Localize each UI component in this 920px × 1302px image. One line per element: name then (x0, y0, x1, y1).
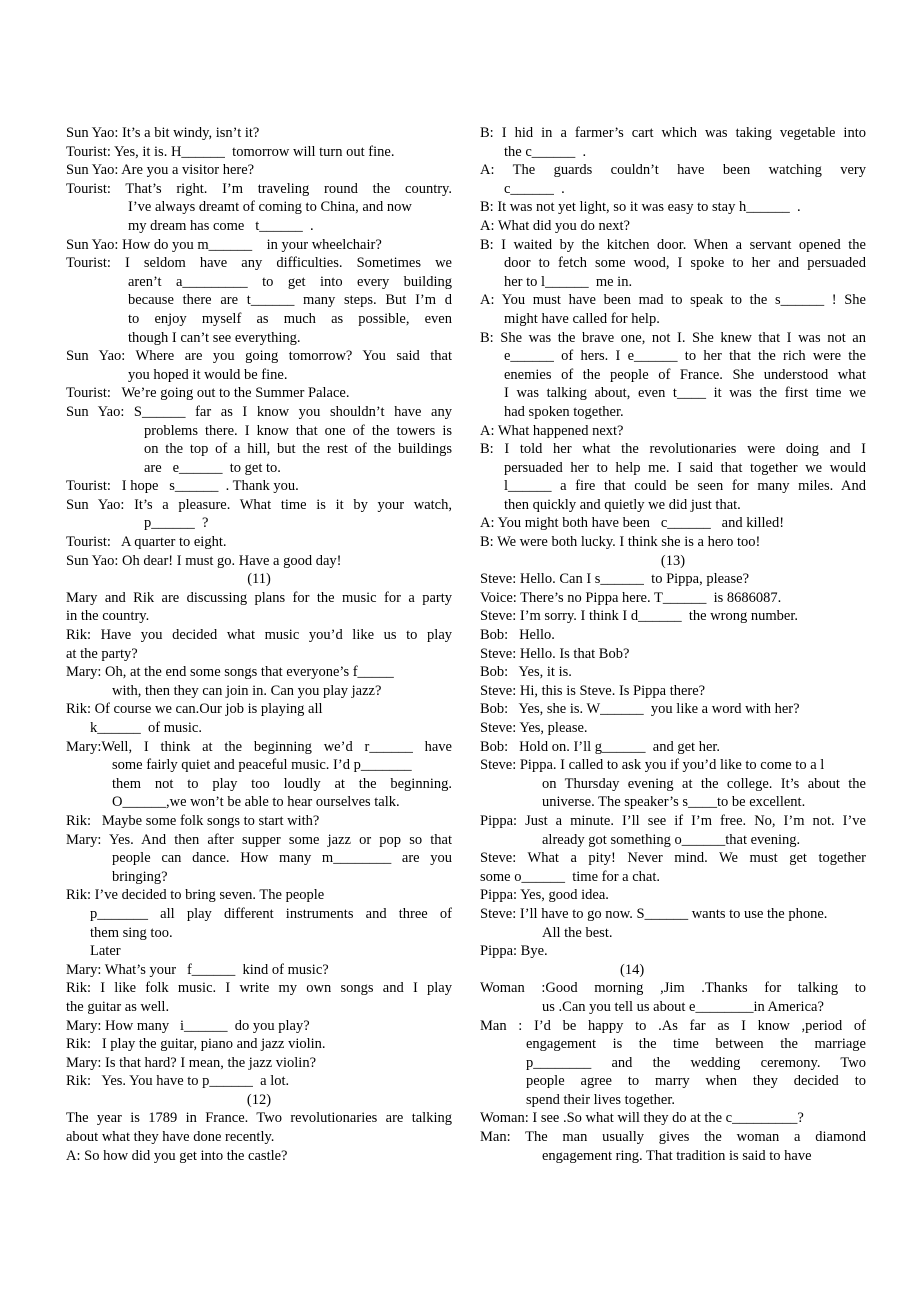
dialogue-line: Rik: I like folk music. I write my own s… (66, 979, 452, 998)
dialogue-line: Rik: Yes. You have to p______ a lot. (66, 1072, 452, 1091)
dialogue-line: A: What did you do next? (480, 217, 866, 236)
dialogue-line: A: So how did you get into the castle? (66, 1147, 452, 1166)
dialogue-line: O______,we won’t be able to hear ourselv… (66, 793, 452, 812)
dialogue-line: Woman: I see .So what will they do at th… (480, 1109, 866, 1128)
right-column: B: I hid in a farmer’s cart which was ta… (480, 124, 866, 1165)
dialogue-line: Sun Yao: Oh dear! I must go. Have a good… (66, 552, 452, 571)
dialogue-line: some o______ time for a chat. (480, 868, 866, 887)
dialogue-line: Steve: Hi, this is Steve. Is Pippa there… (480, 682, 866, 701)
dialogue-line: Sun Yao: Where are you going tomorrow? Y… (66, 347, 452, 366)
dialogue-line: the guitar as well. (66, 998, 452, 1017)
dialogue-line: All the best. (480, 924, 866, 943)
dialogue-line: Later (66, 942, 452, 961)
dialogue-line: my dream has come t______ . (66, 217, 452, 236)
dialogue-line: Man : I’d be happy to .As far as I know … (480, 1017, 866, 1036)
left-column: Sun Yao: It’s a bit windy, isn’t it?Tour… (66, 124, 452, 1165)
dialogue-line: A: The guards couldn’t have been watchin… (480, 161, 866, 180)
dialogue-line: Mary: What’s your f______ kind of music? (66, 961, 452, 980)
dialogue-line: Tourist: I seldom have any difficulties.… (66, 254, 452, 273)
dialogue-line: engagement is the time between the marri… (480, 1035, 866, 1054)
dialogue-line: Mary:Well, I think at the beginning we’d… (66, 738, 452, 757)
dialogue-line: Sun Yao: S______ far as I know you shoul… (66, 403, 452, 422)
dialogue-line: universe. The speaker’s s____to be excel… (480, 793, 866, 812)
dialogue-line: Rik: I play the guitar, piano and jazz v… (66, 1035, 452, 1054)
dialogue-line: Mary: Oh, at the end some songs that eve… (66, 663, 452, 682)
dialogue-line: Rik: Have you decided what music you’d l… (66, 626, 452, 645)
dialogue-line: B: I told her what the revolutionaries w… (480, 440, 866, 459)
dialogue-line: spend their lives together. (480, 1091, 866, 1110)
dialogue-line: Steve: Yes, please. (480, 719, 866, 738)
dialogue-line: I was talking about, even t____ it was t… (480, 384, 866, 403)
dialogue-line: aren’t a_________ to get into every buil… (66, 273, 452, 292)
dialogue-line: the c______ . (480, 143, 866, 162)
dialogue-line: because there are t______ many steps. Bu… (66, 291, 452, 310)
dialogue-line: then quickly and quietly we did just tha… (480, 496, 866, 515)
dialogue-line: them not to play too loudly at the begin… (66, 775, 452, 794)
dialogue-line: Tourist: I hope s______ . Thank you. (66, 477, 452, 496)
dialogue-line: Voice: There’s no Pippa here. T______ is… (480, 589, 866, 608)
dialogue-line: us .Can you tell us about e________in Am… (480, 998, 866, 1017)
dialogue-line: might have called for help. (480, 310, 866, 329)
dialogue-line: on the top of a hill, but the rest of th… (66, 440, 452, 459)
dialogue-line: Rik: I’ve decided to bring seven. The pe… (66, 886, 452, 905)
dialogue-line: Steve: What a pity! Never mind. We must … (480, 849, 866, 868)
dialogue-line: are e______ to get to. (66, 459, 452, 478)
dialogue-line: at the party? (66, 645, 452, 664)
dialogue-line: problems there. I know that one of the t… (66, 422, 452, 441)
dialogue-line: persuaded her to help me. I said that to… (480, 459, 866, 478)
dialogue-line: Mary: Is that hard? I mean, the jazz vio… (66, 1054, 452, 1073)
dialogue-line: already got something o______that evenin… (480, 831, 866, 850)
dialogue-line: Bob: Yes, she is. W______ you like a wor… (480, 700, 866, 719)
dialogue-line: Steve: I’ll have to go now. S______ want… (480, 905, 866, 924)
dialogue-line: The year is 1789 in France. Two revoluti… (66, 1109, 452, 1128)
dialogue-line: on Thursday evening at the college. It’s… (480, 775, 866, 794)
dialogue-line: A: You might both have been c______ and … (480, 514, 866, 533)
dialogue-line: Pippa: Just a minute. I’ll see if I’m fr… (480, 812, 866, 831)
dialogue-line: some fairly quiet and peaceful music. I’… (66, 756, 452, 775)
dialogue-line: Mary: How many i______ do you play? (66, 1017, 452, 1036)
dialogue-line: B: We were both lucky. I think she is a … (480, 533, 866, 552)
dialogue-line: p________ and the wedding ceremony. Two (480, 1054, 866, 1073)
dialogue-line: (14) (480, 961, 866, 980)
dialogue-line: B: I hid in a farmer’s cart which was ta… (480, 124, 866, 143)
dialogue-line: k______ of music. (66, 719, 452, 738)
dialogue-line: Rik: Maybe some folk songs to start with… (66, 812, 452, 831)
dialogue-line: p______ ? (66, 514, 452, 533)
dialogue-line: c______ . (480, 180, 866, 199)
dialogue-line: p_______ all play different instruments … (66, 905, 452, 924)
dialogue-line: B: I waited by the kitchen door. When a … (480, 236, 866, 255)
dialogue-line: A: You must have been mad to speak to th… (480, 291, 866, 310)
dialogue-line: Woman :Good morning ,Jim .Thanks for tal… (480, 979, 866, 998)
dialogue-line: Mary: Yes. And then after supper some ja… (66, 831, 452, 850)
dialogue-line: A: What happened next? (480, 422, 866, 441)
dialogue-line: engagement ring. That tradition is said … (480, 1147, 866, 1166)
dialogue-line: e______ of hers. I e______ to her that t… (480, 347, 866, 366)
dialogue-line: Man: The man usually gives the woman a d… (480, 1128, 866, 1147)
dialogue-line: had spoken together. (480, 403, 866, 422)
dialogue-line: Sun Yao: It’s a bit windy, isn’t it? (66, 124, 452, 143)
section-number: (12) (66, 1091, 452, 1110)
dialogue-line: Tourist: Yes, it is. H______ tomorrow wi… (66, 143, 452, 162)
dialogue-line: Steve: Hello. Can I s______ to Pippa, pl… (480, 570, 866, 589)
dialogue-line: bringing? (66, 868, 452, 887)
dialogue-line: Tourist: That’s right. I’m traveling rou… (66, 180, 452, 199)
worksheet-page: Sun Yao: It’s a bit windy, isn’t it?Tour… (0, 0, 920, 1302)
dialogue-line: Bob: Hello. (480, 626, 866, 645)
dialogue-line: you hoped it would be fine. (66, 366, 452, 385)
dialogue-line: enemies of the people of France. She und… (480, 366, 866, 385)
dialogue-line: about what they have done recently. (66, 1128, 452, 1147)
dialogue-line: people agree to marry when they decided … (480, 1072, 866, 1091)
dialogue-line: Sun Yao: It’s a pleasure. What time is i… (66, 496, 452, 515)
dialogue-line: her to l______ me in. (480, 273, 866, 292)
dialogue-line: Pippa: Yes, good idea. (480, 886, 866, 905)
dialogue-line: I’ve always dreamt of coming to China, a… (66, 198, 452, 217)
dialogue-line: with, then they can join in. Can you pla… (66, 682, 452, 701)
dialogue-line: Steve: I’m sorry. I think I d______ the … (480, 607, 866, 626)
dialogue-line: Sun Yao: How do you m______ in your whee… (66, 236, 452, 255)
dialogue-line: Sun Yao: Are you a visitor here? (66, 161, 452, 180)
dialogue-line: in the country. (66, 607, 452, 626)
dialogue-line: l______ a fire that could be seen for ma… (480, 477, 866, 496)
section-number: (13) (480, 552, 866, 571)
section-number: (11) (66, 570, 452, 589)
dialogue-line: though I can’t see everything. (66, 329, 452, 348)
dialogue-line: Rik: Of course we can.Our job is playing… (66, 700, 452, 719)
dialogue-line: to enjoy myself as much as possible, eve… (66, 310, 452, 329)
dialogue-line: Pippa: Bye. (480, 942, 866, 961)
dialogue-line: Steve: Pippa. I called to ask you if you… (480, 756, 866, 775)
dialogue-line: them sing too. (66, 924, 452, 943)
dialogue-line: B: It was not yet light, so it was easy … (480, 198, 866, 217)
dialogue-line: Tourist: A quarter to eight. (66, 533, 452, 552)
dialogue-line: people can dance. How many m________ are… (66, 849, 452, 868)
dialogue-line: Steve: Hello. Is that Bob? (480, 645, 866, 664)
dialogue-line: B: She was the brave one, not I. She kne… (480, 329, 866, 348)
dialogue-line: Mary and Rik are discussing plans for th… (66, 589, 452, 608)
dialogue-line: Tourist: We’re going out to the Summer P… (66, 384, 452, 403)
dialogue-line: Bob: Yes, it is. (480, 663, 866, 682)
dialogue-line: door to fetch some wood, I spoke to her … (480, 254, 866, 273)
dialogue-line: Bob: Hold on. I’ll g______ and get her. (480, 738, 866, 757)
